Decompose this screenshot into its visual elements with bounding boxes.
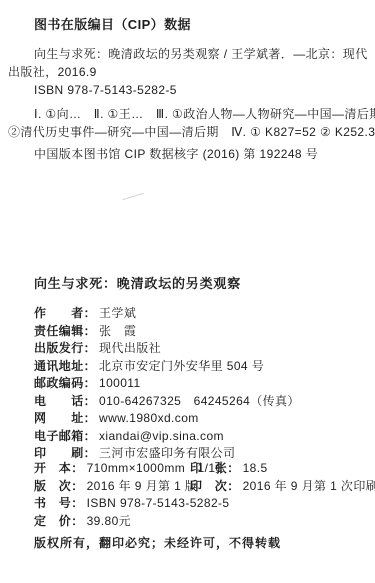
- detail-value: www.1980xd.com: [99, 411, 199, 425]
- detail-value: 北京市安定门外安华里 504 号: [99, 359, 264, 373]
- print-value: 18.5: [243, 461, 268, 475]
- print-col2: 印 张：18.5: [190, 460, 268, 478]
- detail-value: 010-64267325 64245264（传真）: [99, 394, 300, 408]
- print-row-edition: 版 次：2016 年 9 月第 1 版 印 次：2016 年 9 月第 1 次印…: [34, 478, 364, 496]
- print-value: 2016 年 9 月第 1 版: [87, 479, 198, 493]
- print-label: 印 次：: [190, 479, 240, 493]
- detail-row-author: 作 者：王学斌: [34, 305, 300, 323]
- detail-row-address: 通讯地址：北京市安定门外安华里 504 号: [34, 358, 300, 376]
- detail-value: xiandai@vip.sina.com: [99, 429, 224, 443]
- cip-classification-line2: ②清代历史事件—研究—中国—清后期 Ⅳ. ① K827=52 ② K252.30…: [8, 125, 375, 139]
- print-label: 书 号：: [34, 496, 84, 510]
- cip-classification-line1: Ⅰ. ①向… Ⅱ. ①王… Ⅲ. ①政治人物—人物研究—中国—清后期: [34, 107, 375, 121]
- detail-label: 印 刷：: [34, 446, 96, 460]
- print-row-book-number: 书 号：ISBN 978-7-5143-5282-5: [34, 495, 364, 513]
- print-label: 印 张：: [190, 461, 240, 475]
- print-value: 39.80元: [87, 514, 131, 528]
- detail-value: 王学斌: [99, 306, 136, 320]
- detail-row-email: 电子邮箱：xiandai@vip.sina.com: [34, 428, 300, 446]
- detail-label: 电子邮箱：: [34, 429, 96, 443]
- cip-header: 图书在版编目（CIP）数据: [34, 18, 191, 32]
- detail-label: 通讯地址：: [34, 359, 96, 373]
- print-spec-block: 开 本：710mm×1000mm 1/16 印 张：18.5 版 次：2016 …: [34, 460, 364, 530]
- detail-label: 责任编辑：: [34, 324, 96, 338]
- cip-entry-line2: 出版社，2016.9: [8, 65, 97, 79]
- detail-label: 出版发行：: [34, 341, 96, 355]
- detail-value: 现代出版社: [99, 341, 161, 355]
- publication-details-list: 作 者：王学斌 责任编辑：张 霞 出版发行：现代出版社 通讯地址：北京市安定门外…: [34, 305, 300, 463]
- detail-label: 邮政编码：: [34, 376, 96, 390]
- detail-label: 网 址：: [34, 411, 96, 425]
- scanned-copyright-page: 图书在版编目（CIP）数据 向生与求死：晚清政坛的另类观察 / 王学斌著．—北京…: [0, 0, 375, 583]
- cip-entry-line1: 向生与求死：晚清政坛的另类观察 / 王学斌著．—北京：现代: [34, 47, 368, 61]
- print-label: 开 本：: [34, 461, 84, 475]
- cip-isbn-line: ISBN 978-7-5143-5282-5: [34, 83, 177, 97]
- detail-label: 电 话：: [34, 394, 96, 408]
- detail-value: 张 霞: [99, 324, 136, 338]
- print-row-price: 定 价：39.80元: [34, 513, 364, 531]
- detail-row-editor: 责任编辑：张 霞: [34, 323, 300, 341]
- detail-row-website: 网 址：www.1980xd.com: [34, 410, 300, 428]
- pen-stroke-scan-artifact: [122, 193, 143, 200]
- print-col2: 印 次：2016 年 9 月第 1 次印刷: [190, 478, 375, 496]
- detail-value: 100011: [99, 376, 141, 390]
- detail-row-postcode: 邮政编码：100011: [34, 375, 300, 393]
- detail-label: 作 者：: [34, 306, 96, 320]
- print-value: ISBN 978-7-5143-5282-5: [87, 496, 230, 510]
- detail-row-publisher: 出版发行：现代出版社: [34, 340, 300, 358]
- copyright-notice: 版权所有，翻印必究；未经许可，不得转载: [34, 536, 281, 550]
- print-row-format: 开 本：710mm×1000mm 1/16 印 张：18.5: [34, 460, 364, 478]
- print-label: 版 次：: [34, 479, 84, 493]
- cip-record-number-line: 中国版本图书馆 CIP 数据核字 (2016) 第 192248 号: [34, 147, 318, 161]
- book-title: 向生与求死：晚清政坛的另类观察: [34, 277, 241, 291]
- print-label: 定 价：: [34, 514, 84, 528]
- print-value: 2016 年 9 月第 1 次印刷: [243, 479, 375, 493]
- detail-value: 三河市宏盛印务有限公司: [99, 446, 235, 460]
- detail-row-phone: 电 话：010-64267325 64245264（传真）: [34, 393, 300, 411]
